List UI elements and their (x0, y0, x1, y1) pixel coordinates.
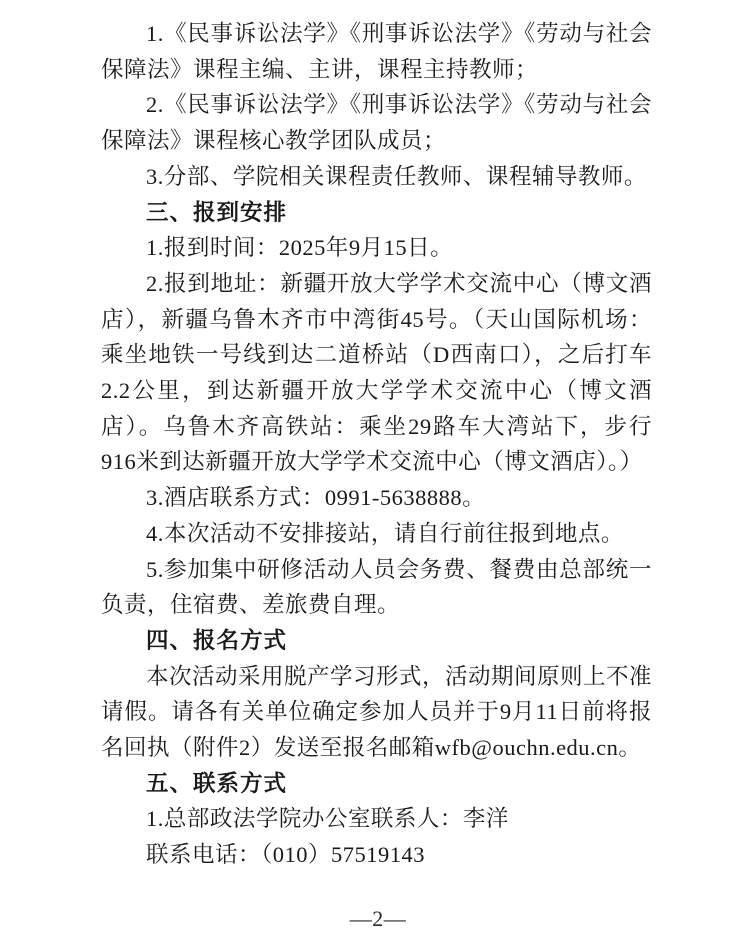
eligible-role-item-3: 3.分部、学院相关课程责任教师、课程辅导教师。 (101, 159, 652, 195)
eligible-role-item-1: 1.《民事诉讼法学》《刑事诉讼法学》《劳动与社会保障法》课程主编、主讲，课程主持… (101, 16, 652, 87)
section-heading-checkin: 三、报到安排 (101, 195, 652, 231)
contact-phone: 联系电话：（010）57519143 (101, 837, 652, 873)
registration-instructions: 本次活动采用脱产学习形式，活动期间原则上不准请假。请各有关单位确定参加人员并于9… (101, 659, 652, 766)
document-body: 1.《民事诉讼法学》《刑事诉讼法学》《劳动与社会保障法》课程主编、主讲，课程主持… (101, 16, 652, 873)
hotel-contact: 3.酒店联系方式：0991-5638888。 (101, 480, 652, 516)
eligible-role-item-2: 2.《民事诉讼法学》《刑事诉讼法学》《劳动与社会保障法》课程核心教学团队成员； (101, 87, 652, 158)
checkin-address: 2.报到地址：新疆开放大学学术交流中心（博文酒店），新疆乌鲁木齐市中湾街45号。… (101, 266, 652, 480)
document-page: 1.《民事诉讼法学》《刑事诉讼法学》《劳动与社会保障法》课程主编、主讲，课程主持… (0, 0, 756, 949)
section-heading-contact: 五、联系方式 (101, 766, 652, 802)
no-pickup-notice: 4.本次活动不安排接站，请自行前往报到地点。 (101, 516, 652, 552)
checkin-time: 1.报到时间：2025年9月15日。 (101, 230, 652, 266)
contact-person: 1.总部政法学院办公室联系人：李洋 (101, 801, 652, 837)
section-heading-registration: 四、报名方式 (101, 623, 652, 659)
fees-notice: 5.参加集中研修活动人员会务费、餐费由总部统一负责，住宿费、差旅费自理。 (101, 552, 652, 623)
page-number: —2— (0, 905, 756, 933)
